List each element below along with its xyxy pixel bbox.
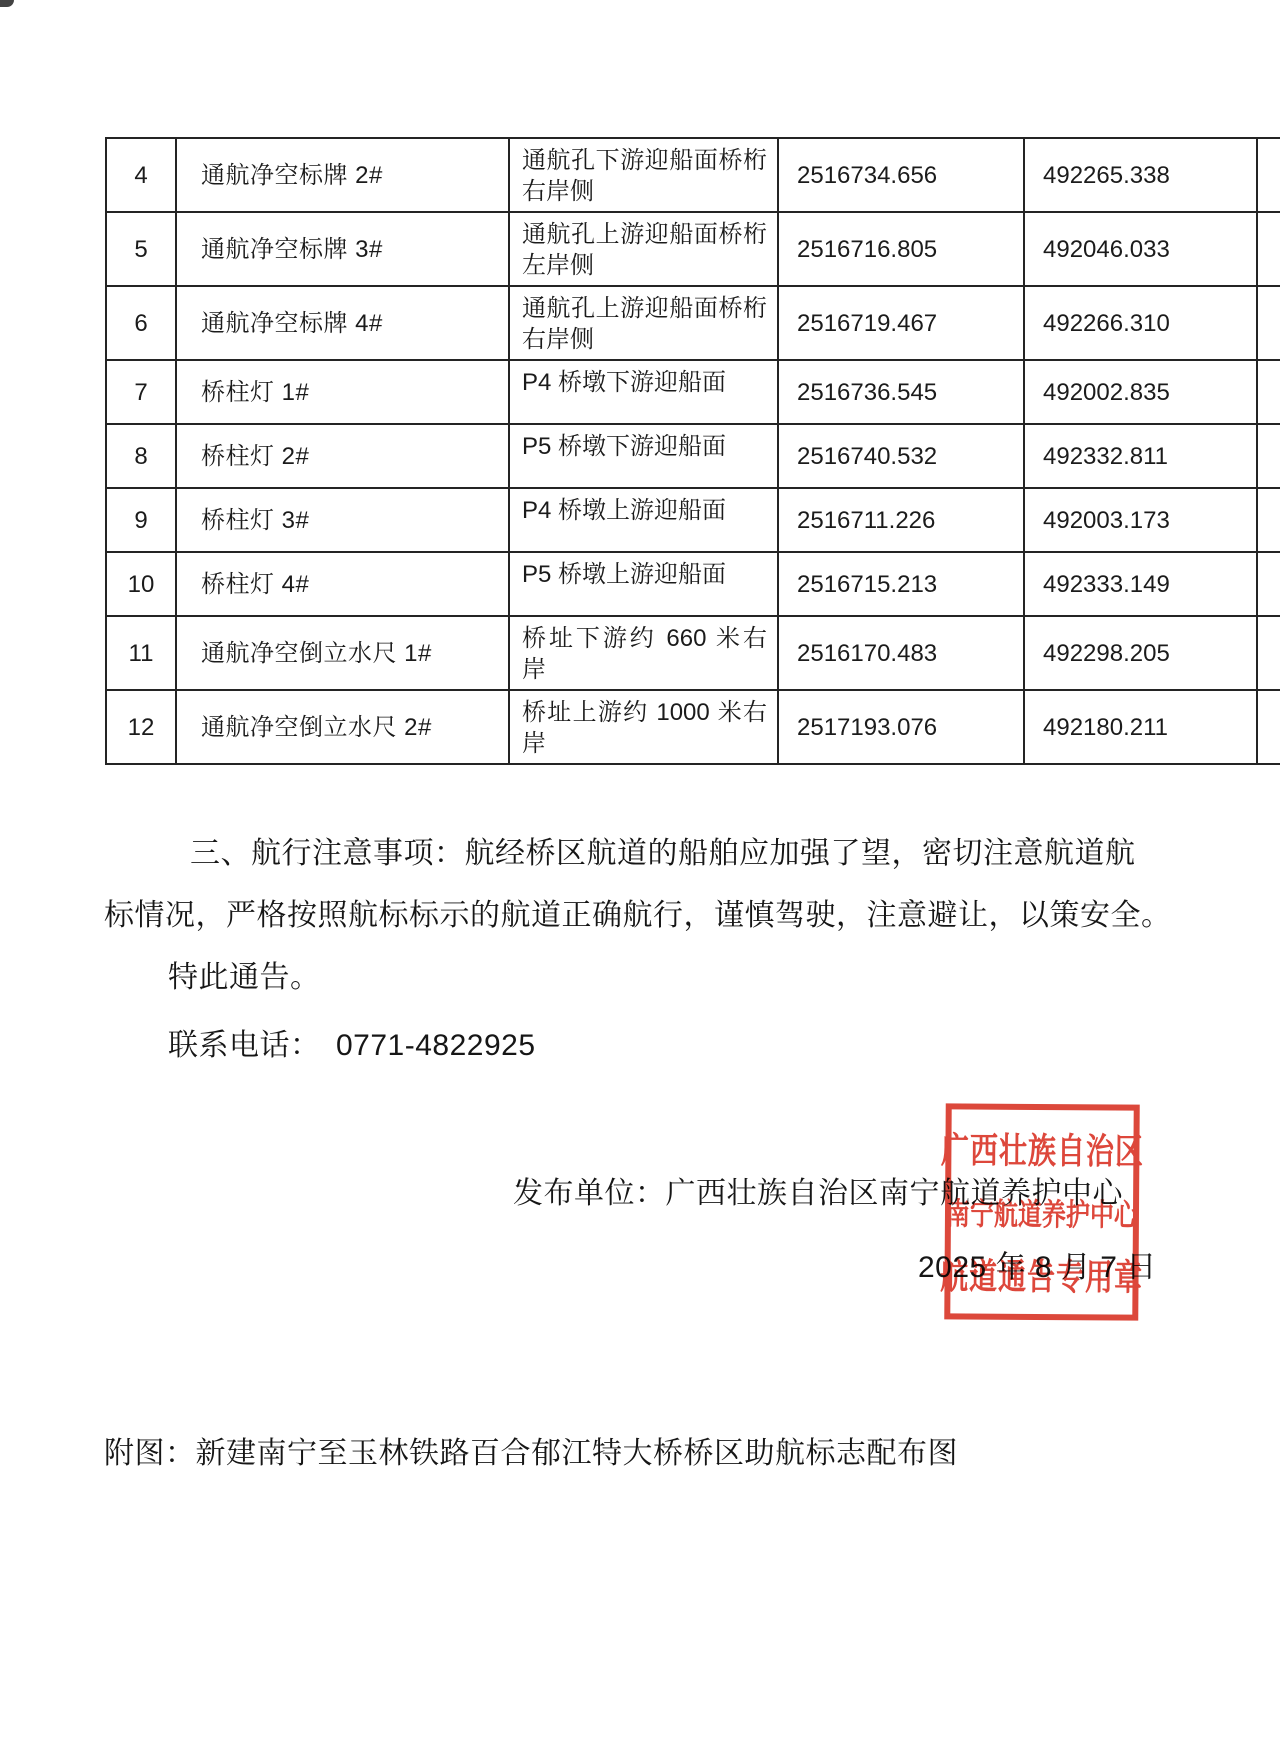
cell-location: P4 桥墩下游迎船面 bbox=[509, 360, 778, 424]
attachment-caption: 附图：新建南宁至玉林铁路百合郁江特大桥桥区助航标志配布图 bbox=[104, 1436, 958, 1472]
cell-remark bbox=[1257, 286, 1280, 360]
cell-coord_x: 2516715.213 bbox=[778, 552, 1024, 616]
cell-no: 8 bbox=[106, 424, 176, 488]
cell-coord_y: 492298.205 bbox=[1024, 616, 1257, 690]
cell-coord_x: 2516719.467 bbox=[778, 286, 1024, 360]
cell-coord_x: 2516170.483 bbox=[778, 616, 1024, 690]
cell-coord_y: 492332.811 bbox=[1024, 424, 1257, 488]
cell-coord_x: 2516716.805 bbox=[778, 212, 1024, 286]
cell-location: P5 桥墩下游迎船面 bbox=[509, 424, 778, 488]
cell-remark bbox=[1257, 690, 1280, 764]
cell-name: 桥柱灯 3# bbox=[176, 488, 509, 552]
stamp-line-3: 航道通告专用章 bbox=[940, 1249, 1143, 1302]
notice-closing: 特此通告。 bbox=[168, 960, 321, 996]
cell-no: 10 bbox=[106, 552, 176, 616]
cell-location: 通航孔下游迎船面桥桁右岸侧 bbox=[509, 138, 778, 212]
notice-paragraph-line2: 标情况，严格按照航标标示的航道正确航行，谨慎驾驶，注意避让，以策安全。 bbox=[104, 898, 1172, 934]
stamp-line-2: 南宁航道养护中心 bbox=[946, 1189, 1138, 1235]
cell-location: 通航孔上游迎船面桥桁左岸侧 bbox=[509, 212, 778, 286]
cell-coord_y: 492002.835 bbox=[1024, 360, 1257, 424]
cell-name: 通航净空倒立水尺 1# bbox=[176, 616, 509, 690]
table-row: 11通航净空倒立水尺 1#桥址下游约 660 米右岸2516170.483492… bbox=[106, 616, 1280, 690]
cell-coord_y: 492003.173 bbox=[1024, 488, 1257, 552]
aids-table-body: 4通航净空标牌 2#通航孔下游迎船面桥桁右岸侧2516734.656492265… bbox=[106, 138, 1280, 764]
cell-name: 通航净空倒立水尺 2# bbox=[176, 690, 509, 764]
cell-name: 通航净空标牌 3# bbox=[176, 212, 509, 286]
table-row: 7桥柱灯 1#P4 桥墩下游迎船面2516736.545492002.835 bbox=[106, 360, 1280, 424]
table-row: 6通航净空标牌 4#通航孔上游迎船面桥桁右岸侧2516719.467492266… bbox=[106, 286, 1280, 360]
scanned-notice-page: 4通航净空标牌 2#通航孔下游迎船面桥桁右岸侧2516734.656492265… bbox=[0, 0, 1280, 1761]
cell-remark bbox=[1257, 360, 1280, 424]
cell-no: 9 bbox=[106, 488, 176, 552]
cell-location: P5 桥墩上游迎船面 bbox=[509, 552, 778, 616]
cell-no: 5 bbox=[106, 212, 176, 286]
cell-no: 6 bbox=[106, 286, 176, 360]
cell-coord_x: 2516736.545 bbox=[778, 360, 1024, 424]
cell-coord_y: 492265.338 bbox=[1024, 138, 1257, 212]
stamp-line-1: 广西壮族自治区 bbox=[941, 1123, 1144, 1176]
cell-remark bbox=[1257, 552, 1280, 616]
cell-remark bbox=[1257, 488, 1280, 552]
cell-coord_x: 2516711.226 bbox=[778, 488, 1024, 552]
cell-name: 桥柱灯 2# bbox=[176, 424, 509, 488]
navigation-aids-table: 4通航净空标牌 2#通航孔下游迎船面桥桁右岸侧2516734.656492265… bbox=[105, 137, 1280, 765]
cell-no: 11 bbox=[106, 616, 176, 690]
contact-phone: 联系电话： 0771-4822925 bbox=[168, 1028, 536, 1064]
official-red-stamp: 广西壮族自治区 南宁航道养护中心 航道通告专用章 bbox=[944, 1103, 1140, 1320]
cell-coord_x: 2516740.532 bbox=[778, 424, 1024, 488]
table-row: 5通航净空标牌 3#通航孔上游迎船面桥桁左岸侧2516716.805492046… bbox=[106, 212, 1280, 286]
cell-coord_y: 492266.310 bbox=[1024, 286, 1257, 360]
cell-coord_x: 2517193.076 bbox=[778, 690, 1024, 764]
cell-no: 4 bbox=[106, 138, 176, 212]
cell-location: 桥址上游约 1000 米右岸 bbox=[509, 690, 778, 764]
cell-no: 12 bbox=[106, 690, 176, 764]
scan-corner-artifact bbox=[0, 0, 14, 7]
table-row: 4通航净空标牌 2#通航孔下游迎船面桥桁右岸侧2516734.656492265… bbox=[106, 138, 1280, 212]
cell-remark bbox=[1257, 212, 1280, 286]
cell-name: 通航净空标牌 4# bbox=[176, 286, 509, 360]
cell-name: 通航净空标牌 2# bbox=[176, 138, 509, 212]
cell-coord_y: 492180.211 bbox=[1024, 690, 1257, 764]
cell-coord_x: 2516734.656 bbox=[778, 138, 1024, 212]
cell-name: 桥柱灯 1# bbox=[176, 360, 509, 424]
notice-paragraph-line1: 三、航行注意事项：航经桥区航道的船舶应加强了望，密切注意航道航 bbox=[190, 836, 1136, 872]
table-row: 10桥柱灯 4#P5 桥墩上游迎船面2516715.213492333.149 bbox=[106, 552, 1280, 616]
cell-coord_y: 492046.033 bbox=[1024, 212, 1257, 286]
cell-location: P4 桥墩上游迎船面 bbox=[509, 488, 778, 552]
table-row: 9桥柱灯 3#P4 桥墩上游迎船面2516711.226492003.173 bbox=[106, 488, 1280, 552]
cell-no: 7 bbox=[106, 360, 176, 424]
table-row: 12通航净空倒立水尺 2#桥址上游约 1000 米右岸2517193.07649… bbox=[106, 690, 1280, 764]
cell-remark bbox=[1257, 616, 1280, 690]
cell-remark bbox=[1257, 138, 1280, 212]
cell-location: 桥址下游约 660 米右岸 bbox=[509, 616, 778, 690]
table-row: 8桥柱灯 2#P5 桥墩下游迎船面2516740.532492332.811 bbox=[106, 424, 1280, 488]
cell-name: 桥柱灯 4# bbox=[176, 552, 509, 616]
cell-coord_y: 492333.149 bbox=[1024, 552, 1257, 616]
cell-remark bbox=[1257, 424, 1280, 488]
cell-location: 通航孔上游迎船面桥桁右岸侧 bbox=[509, 286, 778, 360]
